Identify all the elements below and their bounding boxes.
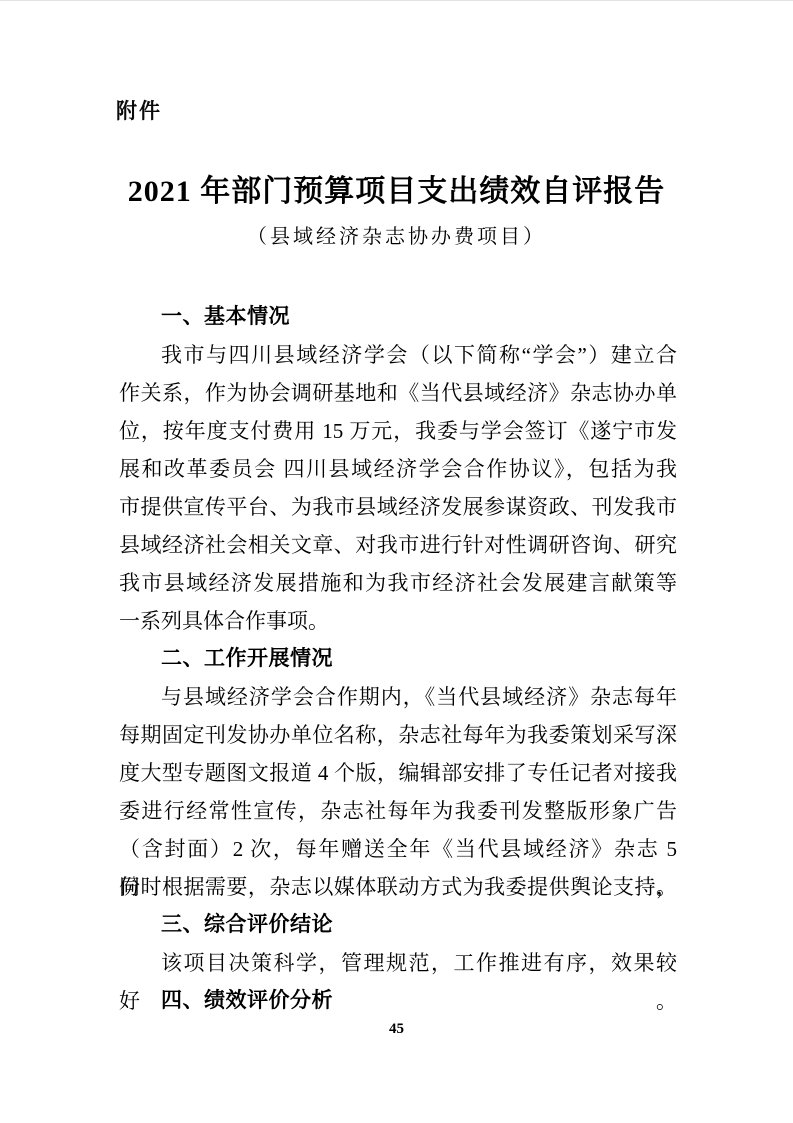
paragraph-line: 县域经济社会相关文章、对我市进行针对性调研咨询、研究 (119, 526, 677, 564)
paragraph-line: 该项目决策科学，管理规范，工作推进有序，效果较好。 (119, 944, 677, 982)
paragraph-line: 位，按年度支付费用 15 万元，我委与学会签订《遂宁市发 (119, 412, 677, 450)
section-heading-3: 三、综合评价结论 (119, 906, 677, 944)
paragraph-line: 与县域经济学会合作期内，《当代县域经济》杂志每年 (119, 678, 677, 716)
document-subtitle: （县域经济杂志协办费项目） (0, 222, 793, 252)
paragraph-line: 市提供宣传平台、为我市县域经济发展参谋资政、刊发我市 (119, 488, 677, 526)
paragraph-line: 同时根据需要，杂志以媒体联动方式为我委提供舆论支持。 (119, 868, 677, 906)
attachment-label: 附件 (116, 99, 162, 125)
section-heading-2: 二、工作开展情况 (119, 640, 677, 678)
paragraph-line: 委进行经常性宣传，杂志社每年为我委刊发整版形象广告 (119, 792, 677, 830)
paragraph-line: 展和改革委员会 四川县域经济学会合作协议》，包括为我 (119, 450, 677, 488)
section-heading-1: 一、基本情况 (119, 298, 677, 336)
paragraph-line: 我市与四川县域经济学会（以下简称“学会”）建立合 (119, 336, 677, 374)
paragraph-line: 一系列具体合作事项。 (119, 602, 677, 640)
page-number: 45 (0, 1018, 793, 1040)
paragraph-line: 度大型专题图文报道 4 个版，编辑部安排了专任记者对接我 (119, 754, 677, 792)
paragraph-line: （含封面）2 次，每年赠送全年《当代县域经济》杂志 5 份， (119, 830, 677, 868)
document-page: 附件 2021 年部门预算项目支出绩效自评报告 （县域经济杂志协办费项目） 一、… (0, 0, 793, 1123)
document-body: 一、基本情况 我市与四川县域经济学会（以下简称“学会”）建立合 作关系，作为协会… (119, 298, 677, 1020)
paragraph-line: 我市县域经济发展措施和为我市经济社会发展建言献策等 (119, 564, 677, 602)
document-title: 2021 年部门预算项目支出绩效自评报告 (0, 173, 793, 211)
paragraph-line: 作关系，作为协会调研基地和《当代县域经济》杂志协办单 (119, 374, 677, 412)
paragraph-line: 每期固定刊发协办单位名称，杂志社每年为我委策划采写深 (119, 716, 677, 754)
